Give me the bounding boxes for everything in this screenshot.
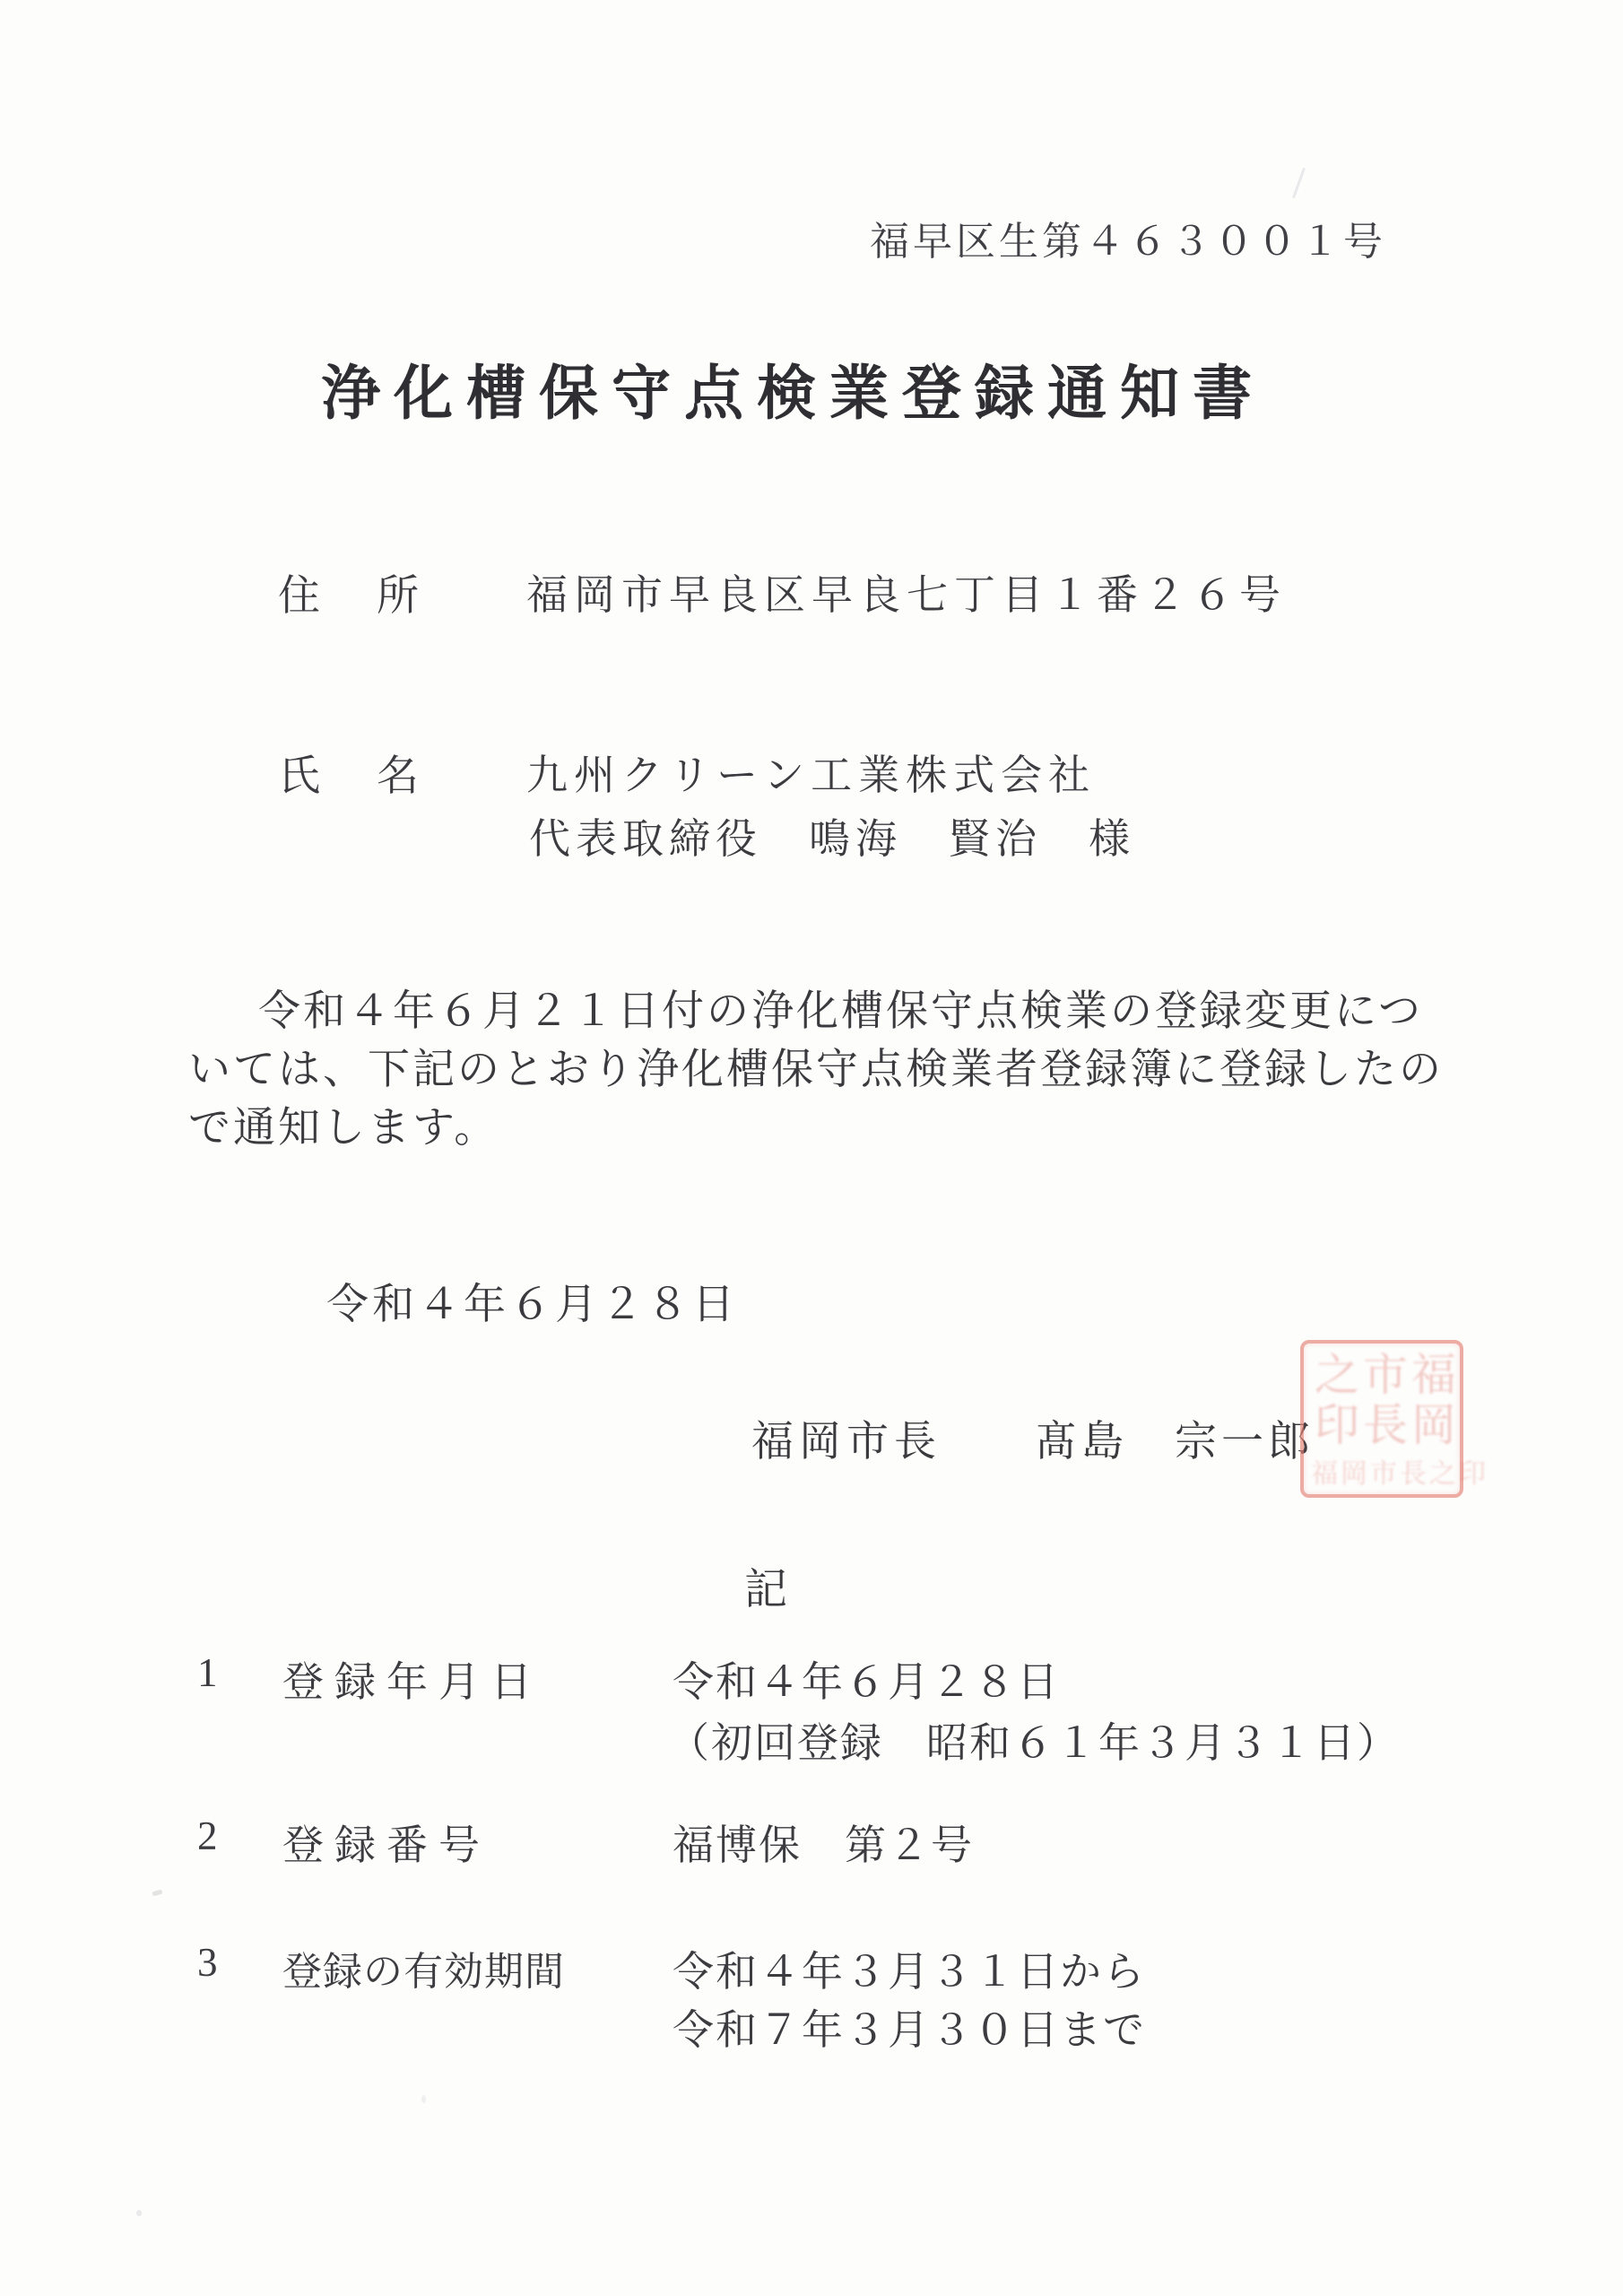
scan-artifact xyxy=(1292,168,1306,199)
issue-date: 令和４年６月２８日 xyxy=(326,1271,738,1331)
scan-artifact xyxy=(421,2095,426,2103)
item-value: 令和４年３月３１日から xyxy=(673,1939,1146,1998)
item-value: 令和４年６月２８日 xyxy=(673,1649,1060,1709)
signer-name: 髙島 宗一郎 xyxy=(1035,1408,1315,1468)
mayor-seal-stamp: 福岡市長之印 福岡市長之印 xyxy=(1300,1340,1463,1498)
page-title: 浄化槽保守点検業登録通知書 xyxy=(321,345,1265,430)
body-line: 令和４年６月２１日付の浄化槽保守点検業の登録変更につ xyxy=(188,978,1423,1038)
item-value: 令和７年３月３０日まで xyxy=(673,1997,1146,2057)
address-value: 福岡市早良区早良七丁目１番２６号 xyxy=(526,562,1287,622)
item-number: 2 xyxy=(197,1813,218,1859)
item-value: 福博保 第２号 xyxy=(673,1813,974,1872)
item-label-registration-date: 登録年月日 xyxy=(282,1649,542,1709)
scan-artifact xyxy=(152,1890,163,1897)
address-label: 住 所 xyxy=(278,562,426,622)
signer-title: 福岡市長 xyxy=(751,1408,942,1468)
item-label-validity-period: 登録の有効期間 xyxy=(282,1939,565,1996)
seal-smudge-text: 福岡市長之印 xyxy=(1311,1451,1488,1491)
item-label-registration-number: 登録番号 xyxy=(282,1813,490,1872)
record-marker: 記 xyxy=(744,1554,787,1616)
item-number: 3 xyxy=(197,1939,218,1986)
item-number: 1 xyxy=(197,1649,218,1696)
document-page: 福早区生第４６３００１号 浄化槽保守点検業登録通知書 住 所 福岡市早良区早良七… xyxy=(0,0,1623,2296)
name-label: 氏 名 xyxy=(278,743,426,803)
seal-text: 福岡市長之印 xyxy=(1309,1351,1454,1457)
scan-artifact xyxy=(136,2210,142,2216)
body-line: で通知します。 xyxy=(188,1094,499,1154)
body-line: いては、下記のとおり浄化槽保守点検業者登録簿に登録したの xyxy=(188,1036,1444,1096)
document-number: 福早区生第４６３００１号 xyxy=(870,209,1386,266)
representative-name: 代表取締役 鳴海 賢治 様 xyxy=(529,806,1135,865)
item-value: （初回登録 昭和６１年３月３１日） xyxy=(668,1710,1400,1770)
signer-line: 福岡市長 髙島 宗一郎 xyxy=(751,1408,1315,1468)
company-name: 九州クリーン工業株式会社 xyxy=(526,743,1096,802)
